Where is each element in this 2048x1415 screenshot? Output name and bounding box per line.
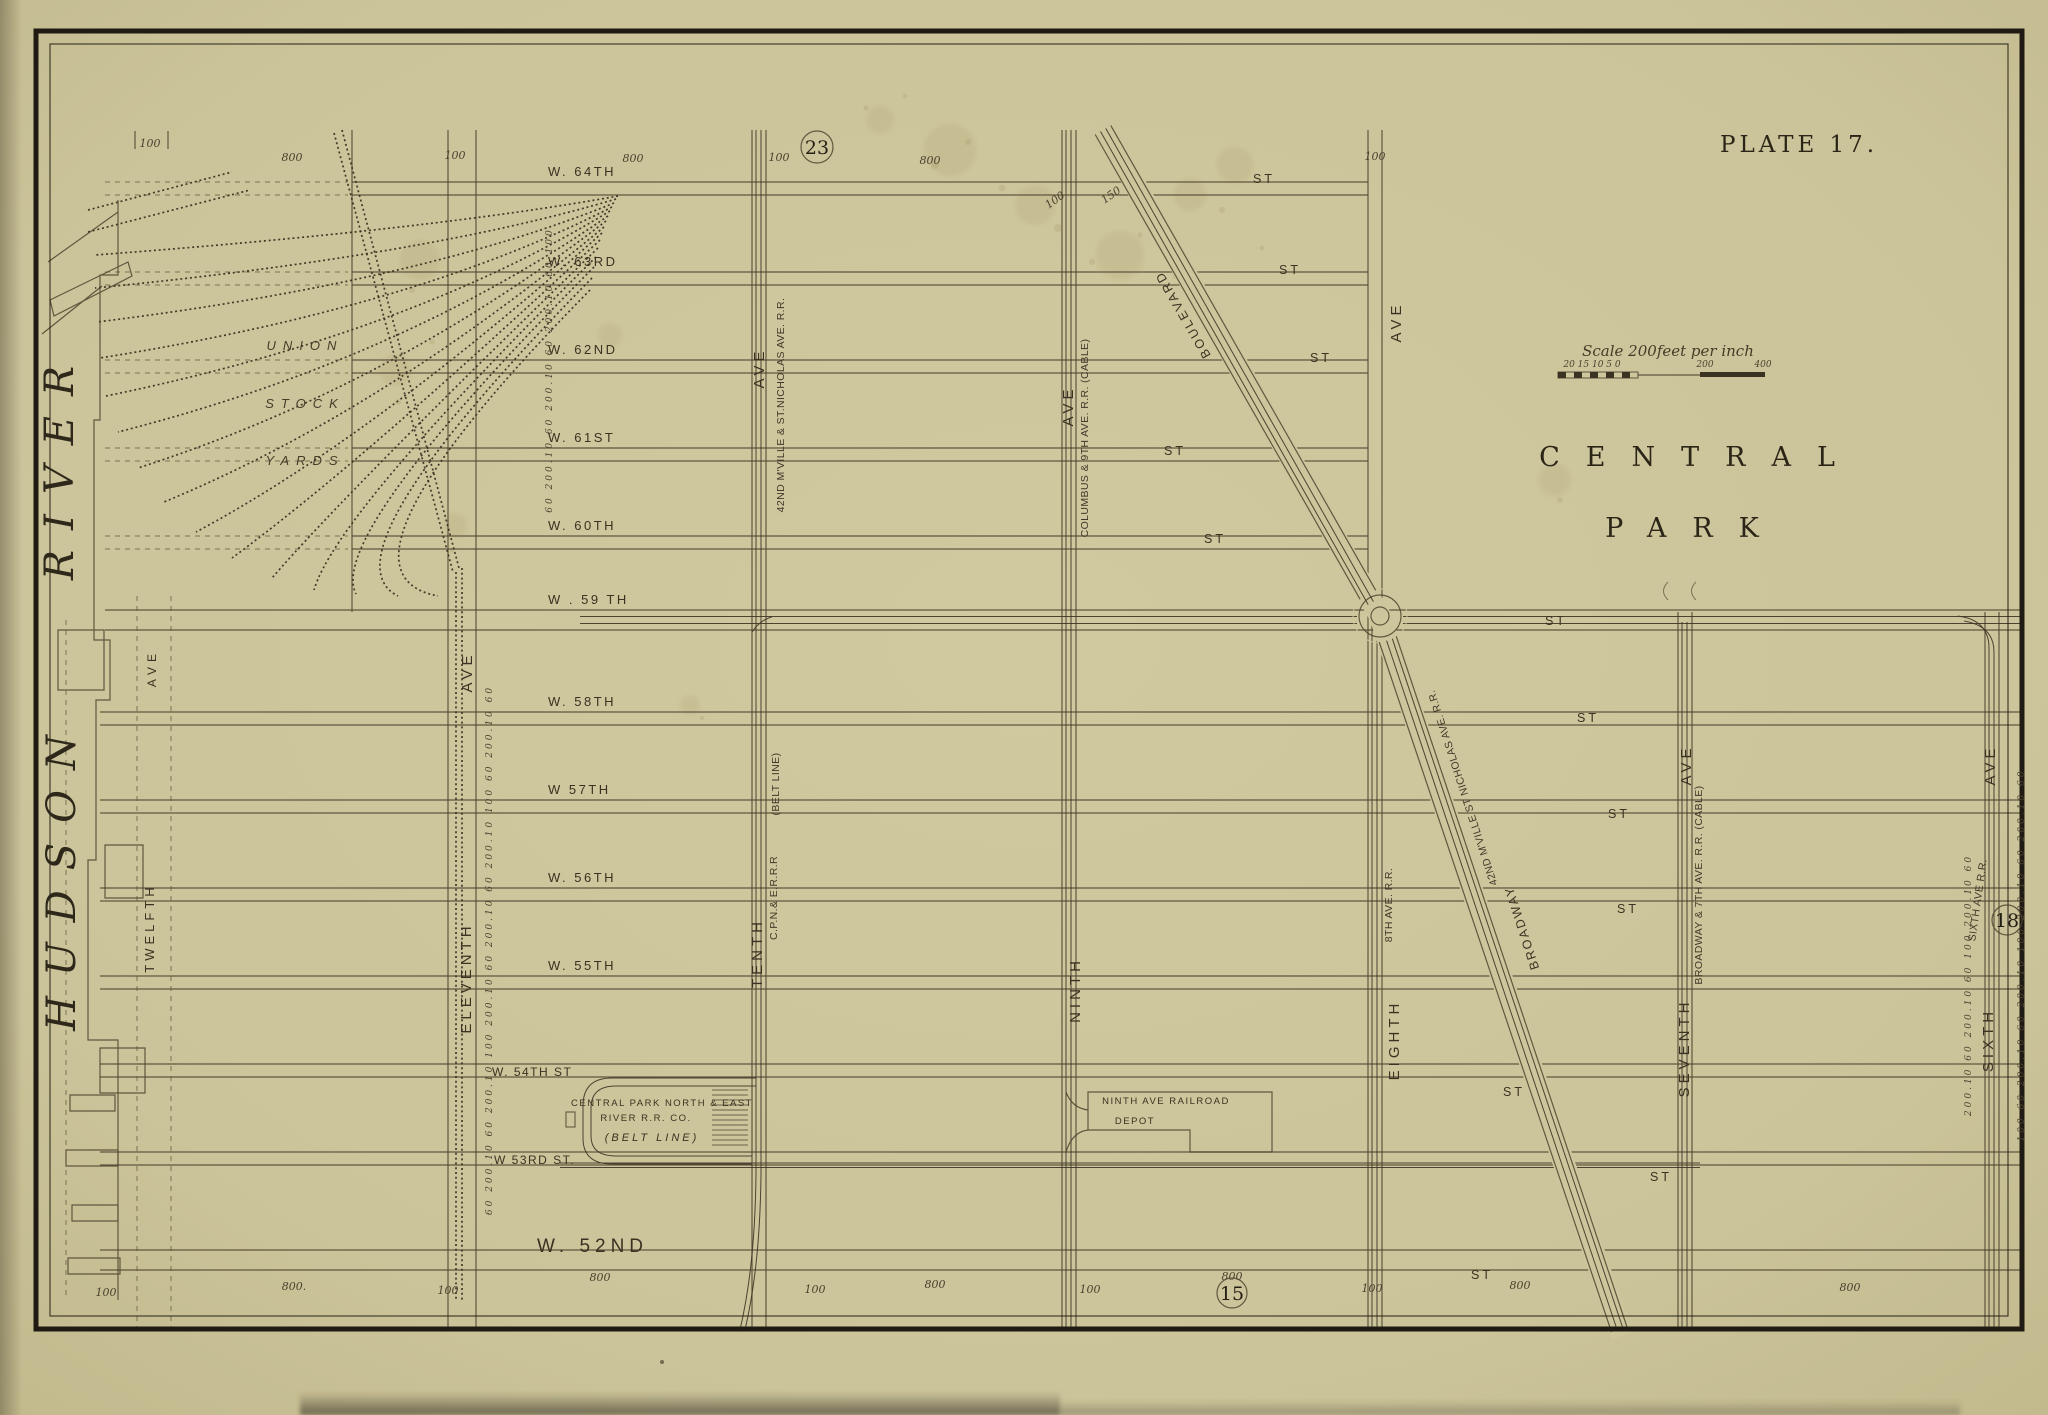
river-label-hudson: HUDSON [39,715,85,1032]
eleventh-ave-name: ELEVENTH [458,922,475,1033]
dim-bot-10: 800 [1510,1279,1531,1292]
plate-title: PLATE 17. [1720,132,1878,158]
eighth-ave-name: EIGHTH [1386,1000,1403,1081]
street-label-w52: W. 52ND [537,1236,648,1257]
depot-line1: NINTH AVE RAILROAD [1102,1096,1230,1107]
dim-bot-6: 800 [925,1278,946,1291]
dim-bot-11: 800 [1840,1281,1861,1294]
street-label-w64: W. 64TH [548,164,616,179]
sixth-ave-name: SIXTH [1980,1008,1997,1072]
dim-top-1: 100 [140,137,161,150]
street-label-w53: W 53RD ST. [494,1153,575,1167]
scale-400: 400 [1753,360,1771,370]
page-bottom-shadow [300,1392,1060,1415]
tenth-ave-belt-line-label: (BELT LINE) [770,753,782,816]
dim-top-7: 100 [1365,150,1386,163]
st-w52: ST [1471,1268,1493,1282]
dim-top-2: 800 [282,151,303,164]
belt-co-line1: CENTRAL PARK NORTH & EAST [571,1098,753,1109]
ninth-ave-ave: AVE [1060,386,1077,427]
dim-col-eleventh: 60 200.10 60 200.10 100 200.10 60 200.10… [485,685,495,1215]
dim-col-eleventh-top: 60 200.10 60 200.10 60 200.10 60 100 [545,227,555,513]
tenth-ave-ave: AVE [751,348,768,389]
street-label-w54: W. 54TH ST [492,1065,572,1079]
dim-bot-4: 800 [590,1271,611,1284]
stock-yards-line3: YARDS [265,453,344,468]
map-canvas: PLATE 17. 23 15 18 CENTRAL PARK RIVER HU… [0,0,2048,1415]
plate-ref-right-number: 18 [1995,910,2019,932]
twelfth-ave-name: TWELFTH [142,883,157,972]
central-park-label-line1: CENTRAL [1539,442,1861,473]
eleventh-ave-ave: AVE [459,652,476,693]
seventh-ave-name: SEVENTH [1676,999,1693,1098]
page-bottom-shadow2 [1060,1400,1960,1415]
stock-yards-line1: UNION [267,338,344,353]
street-label-w62: W. 62ND [548,342,618,357]
depot-line2: DEPOT [1115,1116,1155,1127]
dim-bot-5: 100 [805,1283,826,1296]
belt-co-line3: (BELT LINE) [605,1132,700,1144]
street-label-w63: W. 63RD [548,254,618,269]
st-w62: ST [1310,351,1332,365]
st-w57: ST [1608,807,1630,821]
st-w54: ST [1503,1085,1525,1099]
ninth-ave-name: NINTH [1067,957,1084,1023]
dim-col-sixth-west: 200.10 60 200.10 60 100 200.10 60 [1964,854,1974,1117]
eighth-ave-ave: AVE [1388,302,1405,343]
dim-top-3: 100 [445,149,466,162]
tenth-ave-railroad-label: 42ND M'VILLE & ST.NICHOLAS AVE. R.R. [775,298,787,513]
sixth-ave-ave: AVE [1982,745,1999,786]
scale-caption: Scale 200feet per inch [1582,342,1754,360]
st-w64: ST [1253,172,1275,186]
stock-yards-line2: STOCK [265,396,345,411]
street-label-w58: W. 58TH [548,694,616,709]
st-w53: ST [1650,1170,1672,1184]
tenth-ave-name: TENTH [749,918,766,988]
dim-bot-3: 100 [438,1284,459,1297]
dim-bot-1: 100 [96,1286,117,1299]
dim-col-sixth-east: 100 60 200.10 60 200.10 100 200.10 60 20… [2017,769,2027,1142]
plate-ref-bottom-number: 15 [1220,1283,1244,1305]
seventh-ave-railroad-label: BROADWAY & 7TH AVE. R.R. (CABLE) [1693,785,1705,984]
eighth-ave-railroad-label: 8TH AVE. R.R. [1383,868,1395,942]
dim-bot-2: 800. [282,1280,307,1293]
plate-ref-top-number: 23 [805,137,829,159]
street-label-w59: W . 59 TH [548,592,629,607]
dim-bot-8: 800 [1222,1270,1243,1283]
page-left-edge [0,0,22,1415]
st-w61: ST [1164,444,1186,458]
scale-left-ticks: 20 15 10 5 0 [1562,360,1621,370]
st-w60: ST [1204,532,1226,546]
ink-speck [660,1360,664,1364]
ninth-ave-railroad-label: COLUMBUS & 9TH AVE. R.R. (CABLE) [1079,339,1091,538]
scale-200: 200 [1695,360,1713,370]
tenth-ave-cpn-label: C.P.N.& E.R.R.R [768,856,780,940]
st-w56: ST [1617,902,1639,916]
street-label-w57: W 57TH [548,782,611,797]
belt-co-line2: RIVER R.R. CO. [600,1113,691,1124]
twelfth-ave-ave: AVE [145,649,159,687]
st-w59: ST [1545,614,1567,628]
street-label-w60: W. 60TH [548,518,616,533]
st-w63: ST [1279,263,1301,277]
dim-top-4: 800 [623,152,644,165]
dim-bot-9: 100 [1362,1282,1383,1295]
dim-top-6: 800 [920,154,941,167]
street-label-w55: W. 55TH [548,958,616,973]
dim-top-5: 100 [769,151,790,164]
st-w58: ST [1577,711,1599,725]
street-label-w61: W. 61ST [548,430,615,445]
river-label-river: RIVER [37,346,83,581]
atlas-plate-scan: PLATE 17. 23 15 18 CENTRAL PARK RIVER HU… [0,0,2048,1415]
dim-bot-7: 100 [1080,1283,1101,1296]
seventh-ave-ave: AVE [1678,745,1695,786]
street-label-w56: W. 56TH [548,870,616,885]
central-park-label-line2: PARK [1605,513,1785,544]
